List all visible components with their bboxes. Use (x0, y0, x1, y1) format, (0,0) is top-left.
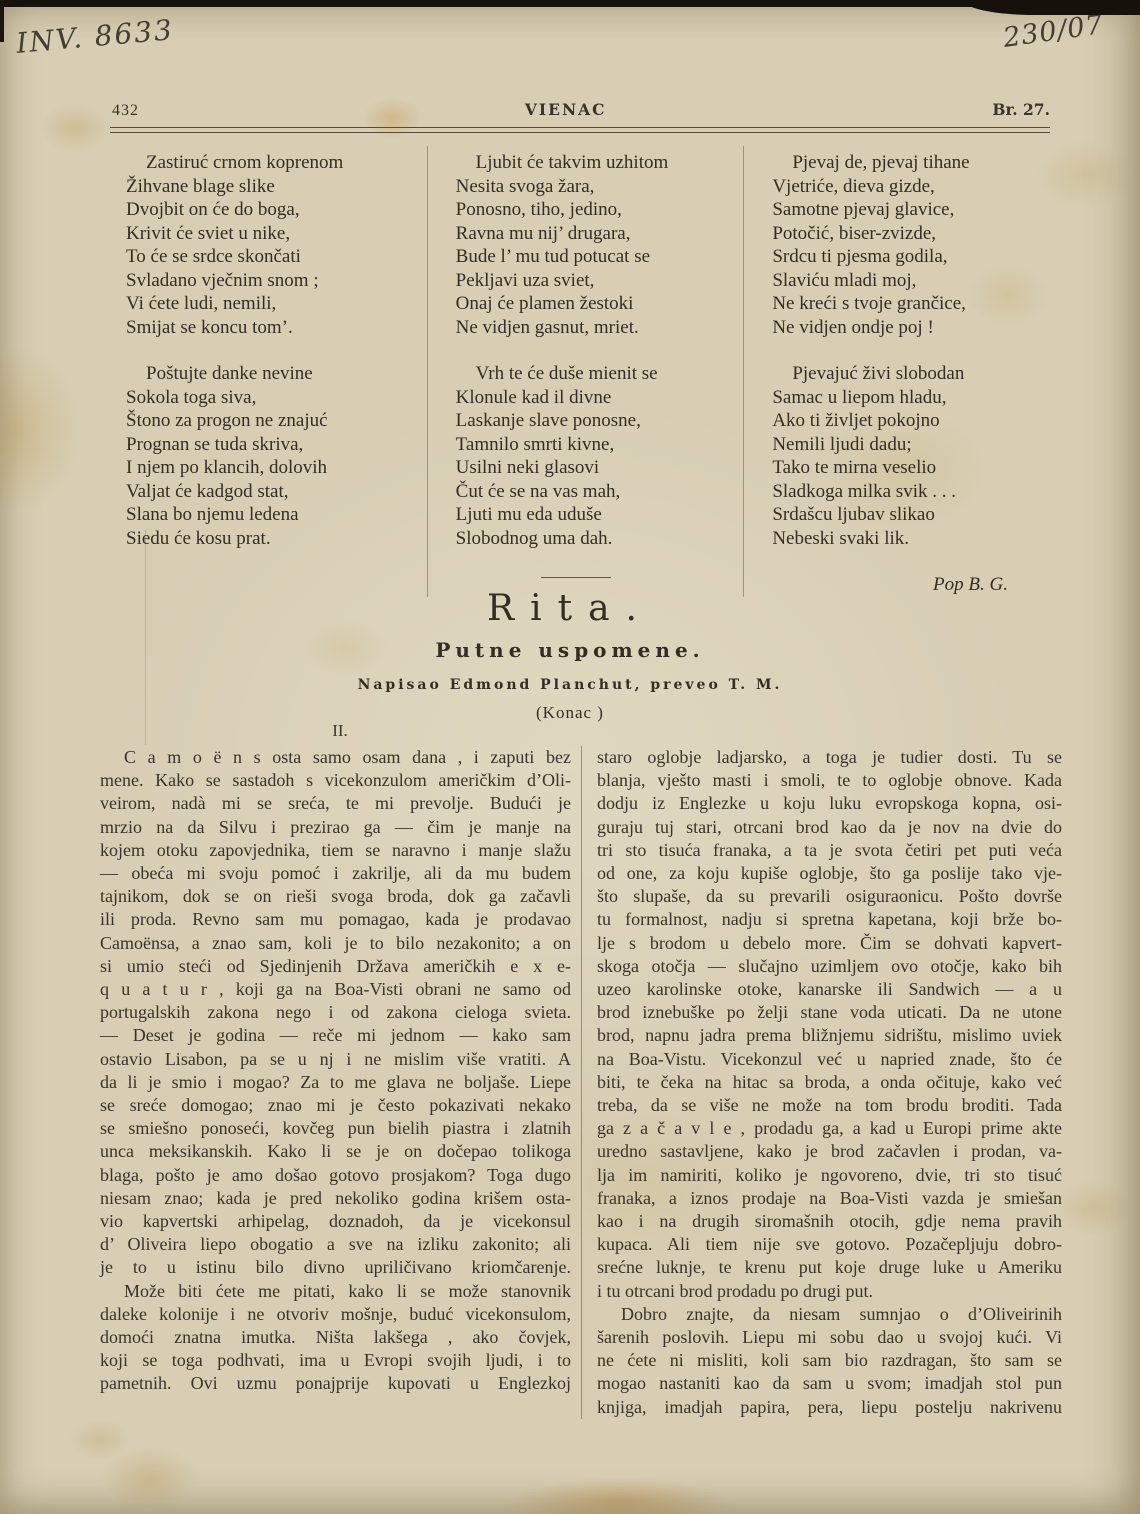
poem-line: Slana bo njemu ledena (126, 503, 427, 527)
article-line: srećne luknje, te krenu put koje druge l… (597, 1256, 1062, 1279)
poem-line: Pjevajuć živi slobodan (772, 362, 1060, 386)
poem-line: Srdcu ti pjesma godila, (772, 245, 1060, 269)
article-line: d’ Oliveira liepo obogatio a sve na izli… (100, 1233, 571, 1256)
article-line: biti, te čeka na hitac sa broda, a onda … (597, 1071, 1062, 1094)
article-body: C a m o ë n s osta samo osam dana , i za… (100, 746, 1062, 1419)
poem-line: Svladano vječnim snom ; (126, 269, 427, 293)
article-line: blanja, vješto masti i smoli, te to oglo… (597, 769, 1062, 792)
poem-line: Štono za progon ne znajuć (126, 409, 427, 433)
article-line: da li je smio i mogao? Za to me glava ne… (100, 1071, 571, 1094)
article-line: lja im namiriti, koliko je ngovoreno, dv… (597, 1164, 1062, 1187)
poem-line: Valjat će kadgod stat, (126, 480, 427, 504)
article-line: ostavio Lisabon, pa se u nj i ne mislim … (100, 1048, 571, 1071)
article-line: ne ćete ni misliti, koli sam bio razdrag… (597, 1349, 1062, 1372)
article-line: knjiga, imadjah papira, pera, liepu post… (597, 1396, 1062, 1419)
poem-line: Onaj će plamen žestoki (456, 292, 744, 316)
article-subtitle: Putne uspomene. (0, 638, 1140, 662)
poem-column-2: Ljubit će takvim uzhitomNesita svoga žar… (427, 146, 744, 597)
poem-line: Ne vidjen gasnut, mriet. (456, 316, 744, 340)
poem-line: Sladkoga milka svik . . . (772, 480, 1060, 504)
poem-line: Srdašcu ljubav slikao (772, 503, 1060, 527)
poem-line: Ne vidjen ondje poj ! (772, 316, 1060, 340)
article-line: kojem otoku zapovjednika, tiem se naravn… (100, 839, 571, 862)
poem-line: Tamnilo smrti kivne, (456, 433, 744, 457)
article-column-right: staro oglobje ladjarsko, a toga je tudie… (581, 746, 1062, 1419)
poem-line: Ako ti življet pokojno (772, 409, 1060, 433)
poem-line: Nebeski svaki lik. (772, 527, 1060, 551)
article-line: vio kapvertski arhipelag, doznadoh, da j… (100, 1210, 571, 1233)
article-line: q u a t u r , koji ga na Boa-Visti obran… (100, 978, 571, 1001)
article-line: kao i na drugih siromašnih otocih, gdje … (597, 1210, 1062, 1233)
article-line: tu formalnost, nadju si spretna kapetana… (597, 908, 1062, 931)
poem-line: Samac u liepom hladu, (772, 386, 1060, 410)
poem-line: Nesita svoga žara, (456, 175, 744, 199)
section-divider-rule (541, 577, 611, 578)
poem-line: Potočić, biser-zvizde, (772, 222, 1060, 246)
poem-stanza: Pjevaj de, pjevaj tihaneVjetriće, dieva … (772, 151, 1060, 339)
section-number: II. (100, 721, 580, 741)
poem-stanza: Zastiruć crnom koprenomŽihvane blage sli… (126, 151, 427, 339)
poem-line: Laskanje slave ponosne, (456, 409, 744, 433)
article-line: — obeća mi svoju pomoć i zakrilje, ali d… (100, 862, 571, 885)
poem-line: Ljubit će takvim uzhitom (456, 151, 744, 175)
article-line: daleke kolonije i ne otvoriv mošnje, bud… (100, 1303, 571, 1326)
poem-line: Ne kreći s tvoje grančice, (772, 292, 1060, 316)
poem-line: Ponosno, tiho, jedino, (456, 198, 744, 222)
article-line: Može biti ćete me pitati, kako li se mož… (100, 1280, 571, 1303)
article-line: uredno sastavljene, kako je brod začavle… (597, 1140, 1062, 1163)
poem-line: Prognan se tuda skriva, (126, 433, 427, 457)
article-line: si umio steći od Sjedinjenih Država amer… (100, 955, 571, 978)
poem-column-1: Zastiruć crnom koprenomŽihvane blage sli… (110, 146, 427, 597)
poem-line: To će se srdce skončati (126, 245, 427, 269)
poem-line: Klonule kad il divne (456, 386, 744, 410)
article-line: na Boa-Vistu. Vicekonzul već u napried z… (597, 1048, 1062, 1071)
article-line: i tu otrcani brod prodadu po drugi put. (597, 1280, 1062, 1303)
article-line: od one, za koju kupiše oglobje, što ga p… (597, 862, 1062, 885)
article-line: Dobro znajte, da niesam sumnjao o d’Oliv… (597, 1303, 1062, 1326)
poem-line: Krivit će sviet u nike, (126, 222, 427, 246)
article-line: tri sto tisuća franaka, a ta je svota če… (597, 839, 1062, 862)
article-line: brod iznebuške po želji stane voda utica… (597, 1001, 1062, 1024)
article-line: niesam znao; kada je pred nekoliko godin… (100, 1187, 571, 1210)
article-line: Camoënsa, a znao sam, koli je to bilo ne… (100, 932, 571, 955)
poem-line: Vi ćete ludi, nemili, (126, 292, 427, 316)
poem-line: Vjetriće, dieva gizde, (772, 175, 1060, 199)
handwritten-catalog-number: 230/07 (1001, 9, 1105, 54)
poem-line: Sokola toga siva, (126, 386, 427, 410)
article-title: Rita. (0, 588, 1140, 629)
poem-line: Usilni neki glasovi (456, 456, 744, 480)
article-line: blaga, pošto je amo došao gotovo prosjak… (100, 1164, 571, 1187)
article-line: šarenih poslovih. Liepu mi sobu dao u sv… (597, 1326, 1062, 1349)
article-line: unca meksikanskih. Kako li se je on doče… (100, 1140, 571, 1163)
article-line: lje s brodom u debelo more. Čim se dohva… (597, 932, 1062, 955)
poem-line: Poštujte danke nevine (126, 362, 427, 386)
page-header: 432 VIENAC Br. 27. (112, 100, 1050, 120)
article-line: ga z a č a v l e , prodadu ga, a kad u E… (597, 1117, 1062, 1140)
article-line: ili proda. Revno sam mu pomagao, kada je… (100, 908, 571, 931)
masthead: VIENAC (525, 100, 607, 119)
article-line: domoći znatna imutka. Ništa lakšega , ak… (100, 1326, 571, 1349)
article-line: kupaca. Ali tiem nije sve gotovo. Pozače… (597, 1233, 1062, 1256)
article-line: uzeo karolinske otoke, kanarske ili Sand… (597, 978, 1062, 1001)
article-line: portugalskih zakona nego i od zakona cie… (100, 1001, 571, 1024)
article-line: mrzio na da Silvu i prezirao ga — čim je… (100, 816, 571, 839)
article-line: pametnih. Ovi uzmu ponajprije kupovati u… (100, 1372, 571, 1395)
handwritten-inventory-number: INV. 8633 (15, 13, 175, 60)
poem-line: Bude l’ mu tud potucat se (456, 245, 744, 269)
article-line: je to u istinu bilo divno upriličivano k… (100, 1256, 571, 1279)
poem-column-3: Pjevaj de, pjevaj tihaneVjetriće, dieva … (743, 146, 1060, 597)
article-line: brod, napnu jadra prema bližnjemu sidriš… (597, 1024, 1062, 1047)
article-line: skoga otočja — slučajno uzimljem ovo oto… (597, 955, 1062, 978)
article-line: se smiešno ponoseći, kovčeg pun bielih p… (100, 1117, 571, 1140)
poem-line: Dvojbit on će do boga, (126, 198, 427, 222)
scanned-journal-page: INV. 8633 230/07 432 VIENAC Br. 27. Zast… (0, 0, 1140, 1514)
article-line: dodju iz Englezke u koju luku evropskoga… (597, 792, 1062, 815)
poem-line: Ravna mu nij’ drugara, (456, 222, 744, 246)
scan-edge-left (0, 0, 4, 42)
article-line: se sreće domogao; znao mi je često pokaz… (100, 1094, 571, 1117)
article-line: guraju tuj stari, otrcani brod kao da je… (597, 816, 1062, 839)
article-line: franaka, a iznos prodaje na Boa-Visti va… (597, 1187, 1062, 1210)
article-header: Rita. Putne uspomene. Napisao Edmond Pla… (0, 588, 1140, 723)
poem-line: Slobodnog uma dah. (456, 527, 744, 551)
article-line: mogao nastaniti kao da sam u svom; imadj… (597, 1372, 1062, 1395)
article-line: mene. Kako se sastadoh s vicekonzulom am… (100, 769, 571, 792)
poem-stanza: Ljubit će takvim uzhitomNesita svoga žar… (456, 151, 744, 339)
poem-line: Nemili ljudi dadu; (772, 433, 1060, 457)
article-line: koji se toga podhvati, ima u Evropi svoj… (100, 1349, 571, 1372)
poem-line: Siedu će kosu prat. (126, 527, 427, 551)
article-continuation-note: (Konac ) (0, 703, 1140, 723)
poem-line: I njem po klancih, dolovih (126, 456, 427, 480)
article-column-left: C a m o ë n s osta samo osam dana , i za… (100, 746, 581, 1419)
poem-line: Samotne pjevaj glavice, (772, 198, 1060, 222)
poem-stanza: Poštujte danke nevineSokola toga siva,Št… (126, 362, 427, 550)
article-line: treba, da se više ne može na tom brodu b… (597, 1094, 1062, 1117)
article-line: staro oglobje ladjarsko, a toga je tudie… (597, 746, 1062, 769)
poem-columns: Zastiruć crnom koprenomŽihvane blage sli… (110, 146, 1060, 597)
poem-stanza: Vrh te će duše mienit seKlonule kad il d… (456, 362, 744, 550)
poem-line: Pekljavi uza sviet, (456, 269, 744, 293)
poem-line: Čut će se na vas mah, (456, 480, 744, 504)
article-line: tajnikom, dok se on rieši svoga broda, d… (100, 885, 571, 908)
article-line: što slupaše, da su prevarili osiguraonic… (597, 885, 1062, 908)
article-line: — Deset je godina — reče mi jednom — kak… (100, 1024, 571, 1047)
poem-line: Tako te mirna veselio (772, 456, 1060, 480)
page-number: 432 (112, 102, 139, 120)
poem-line: Vrh te će duše mienit se (456, 362, 744, 386)
poem-line: Slaviću mladi moj, (772, 269, 1060, 293)
article-line: veirom, nadà mi se sreća, te mi prevolje… (100, 792, 571, 815)
article-byline: Napisao Edmond Planchut, preveo T. M. (0, 677, 1140, 693)
scan-edge-top-right (965, 0, 1140, 15)
poem-stanza: Pjevajuć živi slobodanSamac u liepom hla… (772, 362, 1060, 550)
poem-line: Ljuti mu eda uduše (456, 503, 744, 527)
issue-number: Br. 27. (992, 100, 1050, 119)
poem-line: Žihvane blage slike (126, 175, 427, 199)
poem-line: Zastiruć crnom koprenom (126, 151, 427, 175)
poem-line: Pjevaj de, pjevaj tihane (772, 151, 1060, 175)
poem-line: Smijat se koncu tom’. (126, 316, 427, 340)
header-rule (110, 127, 1050, 133)
article-line: C a m o ë n s osta samo osam dana , i za… (100, 746, 571, 769)
